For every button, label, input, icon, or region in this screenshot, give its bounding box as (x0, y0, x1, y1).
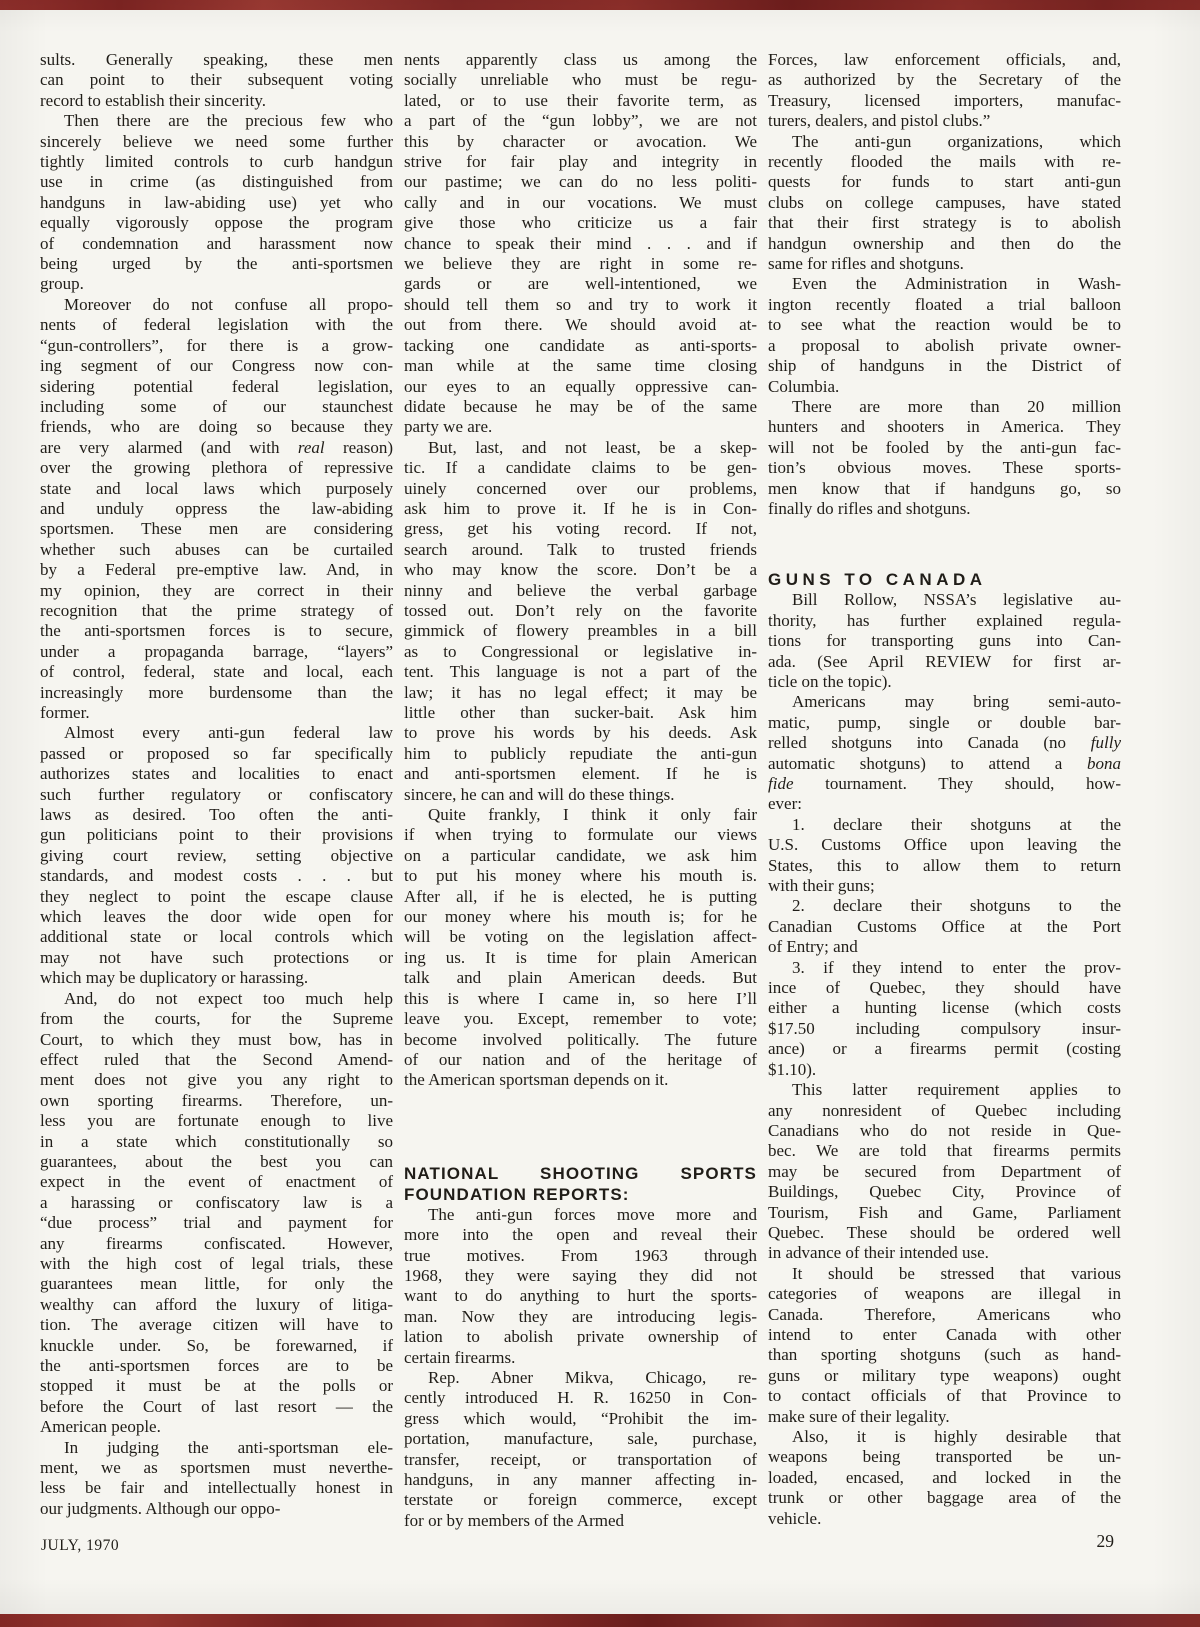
text-line: ance) or a firearms permit (costing (768, 1039, 1121, 1059)
text-line: ever: (768, 794, 1121, 814)
text-line: our eyes to an equally oppressive can- (404, 377, 757, 397)
text-line: gress which would, “Prohibit the im- (404, 1409, 757, 1429)
text-line: to see what the reaction would be to (768, 315, 1121, 335)
text-line: guns or military type weapons) ought (768, 1366, 1121, 1386)
text-line: gimmick of flowery preambles in a bill (404, 621, 757, 641)
text-line: transfer, receipt, or transportation of (404, 1450, 757, 1470)
text-line: ince of Quebec, they should have (768, 978, 1121, 998)
text-line: handguns, in any manner affecting in- (404, 1470, 757, 1490)
text-line: clubs on college campuses, have stated (768, 193, 1121, 213)
text-line: turers, dealers, and pistol clubs.” (768, 111, 1121, 131)
text-line: knuckle under. So, be forewarned, if (40, 1336, 393, 1356)
text-line: laws as desired. Too often the anti- (40, 805, 393, 825)
text-line: But, last, and not least, be a skep- (404, 438, 757, 458)
text-line: vehicle. (768, 1509, 1121, 1529)
text-line: bec. We are told that firearms permits (768, 1141, 1121, 1161)
text-line: giving court review, setting objective (40, 846, 393, 866)
text-line: party we are. (404, 417, 757, 437)
text-line: Then there are the precious few who (40, 111, 393, 131)
text-line: as to Congressional or legislative in- (404, 642, 757, 662)
text-line: wealthy can afford the luxury of litiga- (40, 1295, 393, 1315)
text-line: hunters and shooters in America. They (768, 417, 1121, 437)
text-line: nents apparently class us among the (404, 50, 757, 70)
text-line: any firearms confiscated. However, (40, 1234, 393, 1254)
section-gap (768, 519, 1121, 569)
nssf-heading: FOUNDATION REPORTS: (404, 1184, 757, 1205)
text-line: to contact officials of that Province to (768, 1386, 1121, 1406)
text-line: want to do anything to hurt the sports- (404, 1286, 757, 1306)
text-line: cally and in our vocations. We must (404, 193, 757, 213)
text-line: $17.50 including compulsory insur- (768, 1019, 1121, 1039)
text-line: ment does not give you any right to (40, 1070, 393, 1090)
text-line: sincere, he can and will do these things… (404, 785, 757, 805)
text-line: weapons being transported be un- (768, 1447, 1121, 1467)
text-line: former. (40, 703, 393, 723)
text-line: become involved politically. The future (404, 1030, 757, 1050)
text-line: ada. (See April REVIEW for first ar- (768, 652, 1121, 672)
text-line: guarantees mean little, for only the (40, 1274, 393, 1294)
text-line: ticle on the topic). (768, 672, 1121, 692)
text-line: being urged by the anti-sportsmen (40, 254, 393, 274)
text-line: certain firearms. (404, 1348, 757, 1368)
text-line: sults. Generally speaking, these men (40, 50, 393, 70)
top-scan-edge-bar (0, 0, 1200, 10)
text-line: tossed out. Don’t rely on the favorite (404, 601, 757, 621)
text-line: sportsmen. These men are considering (40, 519, 393, 539)
text-line: state and local laws which purposely (40, 479, 393, 499)
text-line: of our nation and of the heritage of (404, 1050, 757, 1070)
text-line: leave you. Except, remember to vote; (404, 1009, 757, 1029)
text-line: increasingly more burdensome than the (40, 683, 393, 703)
text-line: will be voting on the legislation affect… (404, 927, 757, 947)
text-line: There are more than 20 million (768, 397, 1121, 417)
text-line: ing us. It is time for plain American (404, 948, 757, 968)
text-line: tent. This language is not a part of the (404, 662, 757, 682)
text-line: law; it has no legal effect; it may be (404, 683, 757, 703)
text-line: little other than sucker-bait. Ask him (404, 703, 757, 723)
text-line: of condemnation and harassment now (40, 234, 393, 254)
text-line: more into the open and reveal their (404, 1225, 757, 1245)
article-columns: sults. Generally speaking, these mencan … (40, 50, 1121, 1531)
text-line: this by character or avocation. We (404, 132, 757, 152)
text-line: a part of the “gun lobby”, we are not (404, 111, 757, 131)
text-line: relled shotguns into Canada (no fully (768, 733, 1121, 753)
text-line: expect in the event of enactment of (40, 1172, 393, 1192)
text-line: ing segment of our Congress now con- (40, 356, 393, 376)
text-line: Buildings, Quebec City, Province of (768, 1182, 1121, 1202)
text-line: standards, and modest costs . . . but (40, 866, 393, 886)
text-line: It should be stressed that various (768, 1264, 1121, 1284)
text-line: with the high cost of legal trials, thes… (40, 1254, 393, 1274)
text-line: may not have such protections or (40, 948, 393, 968)
text-line: any nonresident of Quebec including (768, 1101, 1121, 1121)
text-line: lated, or to use their favorite term, as (404, 91, 757, 111)
text-line: Treasury, licensed importers, manufac- (768, 91, 1121, 111)
text-line: Rep. Abner Mikva, Chicago, re- (404, 1368, 757, 1388)
text-line: Canada. Therefore, Americans who (768, 1305, 1121, 1325)
text-line: tic. If a candidate claims to be gen- (404, 458, 757, 478)
text-line: by a Federal pre-emptive law. And, in (40, 560, 393, 580)
text-line: ask him to prove it. If he is in Con- (404, 499, 757, 519)
guns-to-canada-heading: GUNS TO CANADA (768, 569, 1121, 590)
text-line: tacking one candidate as anti-sports- (404, 336, 757, 356)
text-line: “gun-controllers”, for there is a grow- (40, 336, 393, 356)
text-line: from the courts, for the Supreme (40, 1009, 393, 1029)
text-line: group. (40, 274, 393, 294)
text-line: trunk or other baggage area of the (768, 1488, 1121, 1508)
text-line: gun politicians point to their provision… (40, 825, 393, 845)
text-line: Canadian Customs Office at the Port (768, 917, 1121, 937)
text-line: Americans may bring semi-auto- (768, 692, 1121, 712)
text-line: that their first strategy is to abolish (768, 213, 1121, 233)
text-line: tion. The average citizen will have to (40, 1315, 393, 1335)
section-gap (404, 1091, 757, 1163)
text-line: ship of handguns in the District of (768, 356, 1121, 376)
text-line: talk and plain American deeds. But (404, 968, 757, 988)
text-line: can point to their subsequent voting (40, 70, 393, 90)
text-line: strive for fair play and integrity in (404, 152, 757, 172)
text-line: in advance of their intended use. (768, 1243, 1121, 1263)
text-line: 1968, they were saying they did not (404, 1266, 757, 1286)
text-line: use in crime (as distinguished from (40, 172, 393, 192)
text-line: a harassing or confiscatory law is a (40, 1193, 393, 1213)
text-line: fide tournament. They should, how- (768, 774, 1121, 794)
text-line: search around. Talk to trusted friends (404, 540, 757, 560)
text-line: we believe they are right in some re- (404, 254, 757, 274)
text-line: than sporting shotguns (such as hand- (768, 1345, 1121, 1365)
magazine-page: sults. Generally speaking, these mencan … (0, 0, 1200, 1627)
text-line: intend to enter Canada with other (768, 1325, 1121, 1345)
text-line: Almost every anti-gun federal law (40, 723, 393, 743)
text-line: under a propaganda barrage, “layers” (40, 642, 393, 662)
text-line: Forces, law enforcement officials, and, (768, 50, 1121, 70)
text-line: “due process” trial and payment for (40, 1213, 393, 1233)
text-line: this is where I came in, so here I’ll (404, 989, 757, 1009)
text-line: own sporting firearms. Therefore, un- (40, 1091, 393, 1111)
text-line: matic, pump, single or double bar- (768, 713, 1121, 733)
text-line: guarantees, about the best you can (40, 1152, 393, 1172)
text-line: This latter requirement applies to (768, 1080, 1121, 1100)
text-line: my opinion, they are correct in their (40, 581, 393, 601)
text-line: ment, we as sportsmen must neverthe- (40, 1458, 393, 1478)
text-line: and anti-sportsmen element. If he is (404, 764, 757, 784)
text-line: our judgments. Although our oppo- (40, 1499, 393, 1519)
text-line: equally vigorously oppose the program (40, 213, 393, 233)
text-line: tightly limited controls to curb handgun (40, 152, 393, 172)
text-line: finally do rifles and shotguns. (768, 499, 1121, 519)
text-line: Canadians who do not reside in Que- (768, 1121, 1121, 1141)
text-line: for or by members of the Armed (404, 1511, 757, 1531)
text-line: less you are fortunate enough to live (40, 1111, 393, 1131)
text-line: record to establish their sincerity. (40, 91, 393, 111)
text-line: 3. if they intend to enter the prov- (768, 958, 1121, 978)
text-line: sidering potential federal legislation, (40, 377, 393, 397)
text-line: socially unreliable who must be regu- (404, 70, 757, 90)
text-line: will not be fooled by the anti-gun fac- (768, 438, 1121, 458)
text-line: they neglect to point the escape clause (40, 887, 393, 907)
text-line: Moreover do not confuse all propo- (40, 295, 393, 315)
text-line: The anti-gun forces move more and (404, 1205, 757, 1225)
text-line: to prove his words by his deeds. Ask (404, 723, 757, 743)
text-line: quests for funds to start anti-gun (768, 172, 1121, 192)
text-line: ington recently floated a trial balloon (768, 295, 1121, 315)
text-line: 2. declare their shotguns to the (768, 896, 1121, 916)
text-line: same for rifles and shotguns. (768, 254, 1121, 274)
text-line: stopped it must be at the polls or (40, 1376, 393, 1396)
text-line: $1.10). (768, 1060, 1121, 1080)
text-line: friends, who are doing so because they (40, 417, 393, 437)
text-line: on a particular candidate, we ask him (404, 846, 757, 866)
text-line: States, this to allow them to return (768, 856, 1121, 876)
text-line: and unduly oppress the law-abiding (40, 499, 393, 519)
text-line: ninny and believe the verbal garbage (404, 581, 757, 601)
text-line: cently introduced H. R. 16250 in Con- (404, 1388, 757, 1408)
text-line: loaded, encased, and locked in the (768, 1468, 1121, 1488)
column-left: sults. Generally speaking, these mencan … (40, 50, 393, 1531)
text-line: nents of federal legislation with the (40, 315, 393, 335)
text-line: in a state which constitutionally so (40, 1132, 393, 1152)
text-line: make sure of their legality. (768, 1407, 1121, 1427)
text-line: terstate or foreign commerce, except (404, 1490, 757, 1510)
text-line: should tell them so and try to work it (404, 295, 757, 315)
text-line: recognition that the prime strategy of (40, 601, 393, 621)
text-line: uinely concerned over our problems, (404, 479, 757, 499)
text-line: gards or are well-intentioned, we (404, 274, 757, 294)
text-line: out from there. We should avoid at- (404, 315, 757, 335)
text-line: Quebec. These should be ordered well (768, 1223, 1121, 1243)
text-line: Tourism, Fish and Game, Parliament (768, 1203, 1121, 1223)
text-line: are very alarmed (and with real reason) (40, 438, 393, 458)
text-line: man. Now they are introducing legis- (404, 1307, 757, 1327)
text-line: Quite frankly, I think it only fair (404, 805, 757, 825)
text-line: our money where his mouth is; for he (404, 907, 757, 927)
text-line: men know that if handguns go, so (768, 479, 1121, 499)
text-line: who may know the score. Don’t be a (404, 560, 757, 580)
text-line: recently flooded the mails with re- (768, 152, 1121, 172)
text-line: sincerely believe we need some further (40, 132, 393, 152)
text-line: handgun ownership and then do the (768, 234, 1121, 254)
text-line: may be secured from Department of (768, 1162, 1121, 1182)
text-line: And, do not expect too much help (40, 989, 393, 1009)
text-line: After all, if he is elected, he is putti… (404, 887, 757, 907)
column-right: Forces, law enforcement officials, and,a… (768, 50, 1121, 1531)
text-line: man while at the same time closing (404, 356, 757, 376)
text-line: as authorized by the Secretary of the (768, 70, 1121, 90)
text-line: to put his money where his mouth is. (404, 866, 757, 886)
text-line: handguns in law-abiding use) yet who (40, 193, 393, 213)
text-line: American people. (40, 1417, 393, 1437)
text-line: true motives. From 1963 through (404, 1246, 757, 1266)
text-line: which leaves the door wide open for (40, 907, 393, 927)
text-line: Bill Rollow, NSSA’s legislative au- (768, 590, 1121, 610)
text-line: such further regulatory or confiscatory (40, 785, 393, 805)
text-line: lation to abolish private ownership of (404, 1327, 757, 1347)
text-line: passed or proposed so far specifically (40, 744, 393, 764)
text-line: a proposal to abolish private owner- (768, 336, 1121, 356)
bottom-scan-edge-bar (0, 1614, 1200, 1627)
footer-issue-date: JULY, 1970 (41, 1537, 119, 1555)
footer-page-number: 29 (1097, 1531, 1115, 1552)
text-line: Columbia. (768, 377, 1121, 397)
text-line: automatic shotguns) to attend a bona (768, 754, 1121, 774)
text-line: Also, it is highly desirable that (768, 1427, 1121, 1447)
text-line: In judging the anti-sportsman ele- (40, 1438, 393, 1458)
text-line: before the Court of last resort — the (40, 1397, 393, 1417)
text-line: thority, has further explained regula- (768, 611, 1121, 631)
text-line: chance to speak their mind . . . and if (404, 234, 757, 254)
text-line: U.S. Customs Office upon leaving the (768, 835, 1121, 855)
text-line: the American sportsman depends on it. (404, 1070, 757, 1090)
text-line: 1. declare their shotguns at the (768, 815, 1121, 835)
nssf-heading: NATIONAL SHOOTING SPORTS (404, 1163, 757, 1184)
text-line: didate because he may be of the same (404, 397, 757, 417)
text-line: the anti-sportsmen forces is to secure, (40, 621, 393, 641)
text-line: give those who criticize us a fair (404, 213, 757, 233)
text-line: The anti-gun organizations, which (768, 132, 1121, 152)
text-line: whether such abuses can be curtailed (40, 540, 393, 560)
text-line: either a hunting license (which costs (768, 998, 1121, 1018)
text-line: Court, to which they must bow, has in (40, 1030, 393, 1050)
text-line: less be fair and intellectually honest i… (40, 1478, 393, 1498)
text-line: portation, manufacture, sale, purchase, (404, 1429, 757, 1449)
text-line: including some of our staunchest (40, 397, 393, 417)
text-line: categories of weapons are illegal in (768, 1284, 1121, 1304)
text-line: effect ruled that the Second Amend- (40, 1050, 393, 1070)
text-line: of control, federal, state and local, ea… (40, 662, 393, 682)
text-line: with their guns; (768, 876, 1121, 896)
text-line: the anti-sportsmen forces are to be (40, 1356, 393, 1376)
text-line: our pastime; we can do no less politi- (404, 172, 757, 192)
text-line: over the growing plethora of repressive (40, 458, 393, 478)
text-line: which may be duplicatory or harassing. (40, 968, 393, 988)
column-middle: nents apparently class us among thesocia… (404, 50, 757, 1531)
text-line: tion’s obvious moves. These sports- (768, 458, 1121, 478)
text-line: of Entry; and (768, 937, 1121, 957)
text-line: authorizes states and localities to enac… (40, 764, 393, 784)
text-line: Even the Administration in Wash- (768, 274, 1121, 294)
text-line: gress, get his voting record. If not, (404, 519, 757, 539)
text-line: additional state or local controls which (40, 927, 393, 947)
text-line: tions for transporting guns into Can- (768, 631, 1121, 651)
text-line: him to publicly repudiate the anti-gun (404, 744, 757, 764)
text-line: if when trying to formulate our views (404, 825, 757, 845)
